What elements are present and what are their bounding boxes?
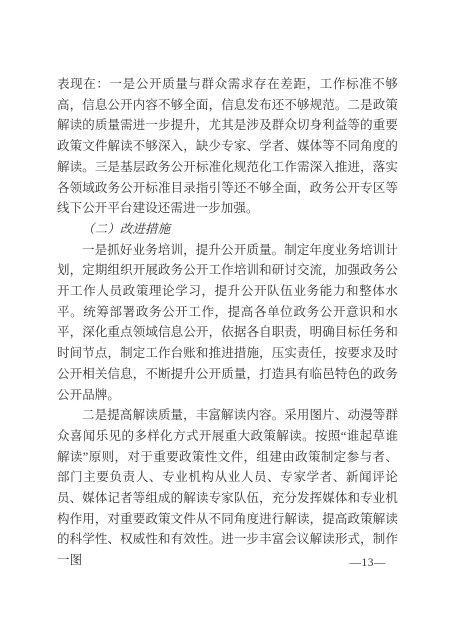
- document-text-block: 表现在：一是公开质量与群众需求存在差距，工作标准不够高，信息公开内容不够全面，信…: [57, 74, 398, 571]
- paragraph-policy-interpretation: 二是提高解读质量，丰富解读内容。采用图片、动漫等群众喜闻乐见的多样化方式开展重大…: [57, 405, 398, 571]
- section-heading-improvement-measures: （二）改进措施: [57, 219, 398, 240]
- page-number: —13—: [350, 557, 387, 569]
- paragraph-business-training: 一是抓好业务培训，提升公开质量。制定年度业务培训计划，定期组织开展政务公开工作培…: [57, 240, 398, 406]
- paragraph-shortcomings: 表现在：一是公开质量与群众需求存在差距，工作标准不够高，信息公开内容不够全面，信…: [57, 74, 398, 219]
- document-page: 表现在：一是公开质量与群众需求存在差距，工作标准不够高，信息公开内容不够全面，信…: [0, 0, 452, 640]
